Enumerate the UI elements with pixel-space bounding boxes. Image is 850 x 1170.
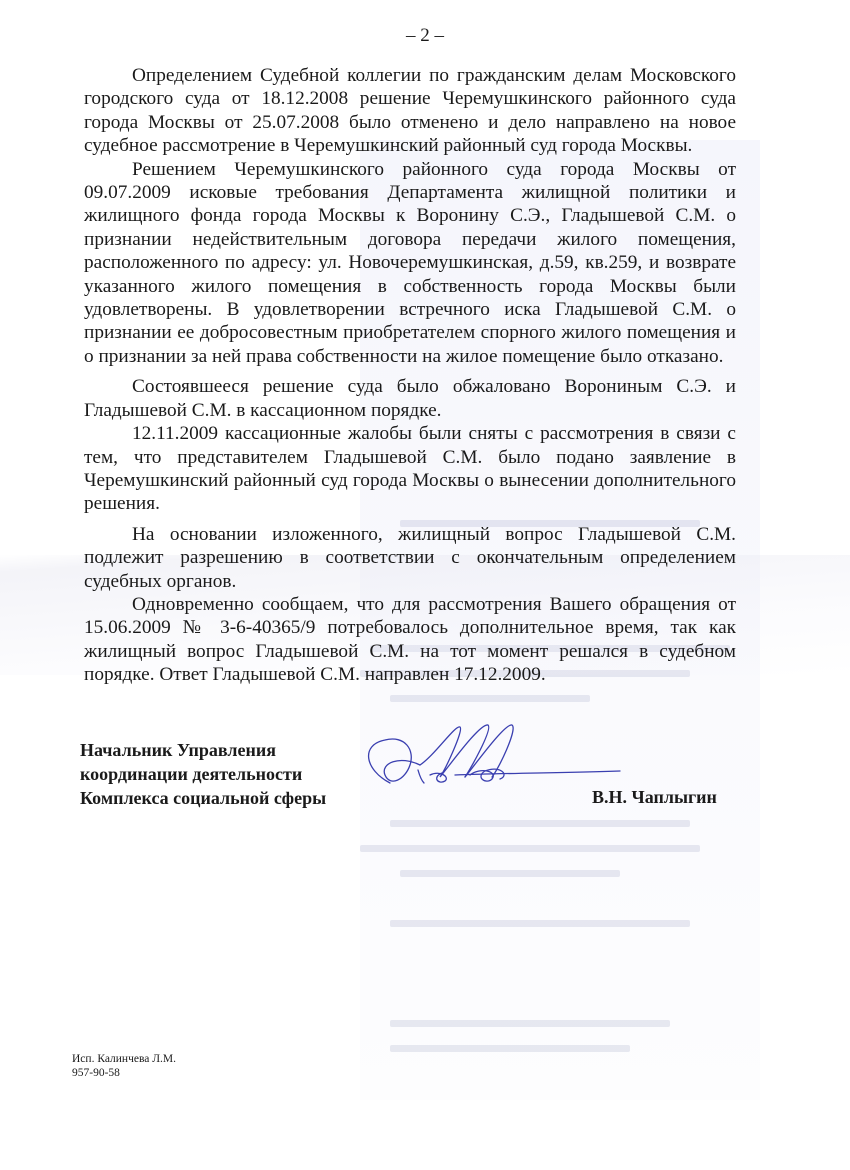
paragraph-appeal-ruling: Определением Судебной коллегии по гражда…: [84, 64, 736, 158]
signer-name: В.Н. Чаплыгин: [592, 787, 717, 808]
show-through-line: [390, 820, 690, 827]
show-through-line: [390, 920, 690, 927]
executor-info: Исп. Калинчева Л.М. 957-90-58: [72, 1052, 176, 1080]
executor-name: Исп. Калинчева Л.М.: [72, 1052, 176, 1066]
executor-phone: 957-90-58: [72, 1066, 176, 1080]
signatory-title: Начальник Управления координации деятель…: [80, 738, 326, 810]
paragraph-cassation: Состоявшееся решение суда было обжалован…: [84, 375, 736, 422]
letter-body: Определением Судебной коллегии по гражда…: [84, 64, 736, 687]
paragraph-court-decision: Решением Черемушкинского районного суда …: [84, 158, 736, 369]
show-through-line: [390, 695, 590, 702]
signatory-title-line: координации деятельности: [80, 762, 326, 786]
show-through-line: [390, 1045, 630, 1052]
show-through-line: [400, 870, 620, 877]
paragraph-withdrawal: 12.11.2009 кассационные жалобы были снят…: [84, 422, 736, 516]
signatory-title-line: Комплекса социальной сферы: [80, 786, 326, 810]
paragraph-conclusion: На основании изложенного, жилищный вопро…: [84, 523, 736, 593]
page-number: – 2 –: [0, 25, 850, 47]
show-through-line: [360, 845, 700, 852]
paragraph-response-delay: Одновременно сообщаем, что для рассмотре…: [84, 593, 736, 687]
signatory-title-line: Начальник Управления: [80, 738, 326, 762]
show-through-line: [390, 1020, 670, 1027]
